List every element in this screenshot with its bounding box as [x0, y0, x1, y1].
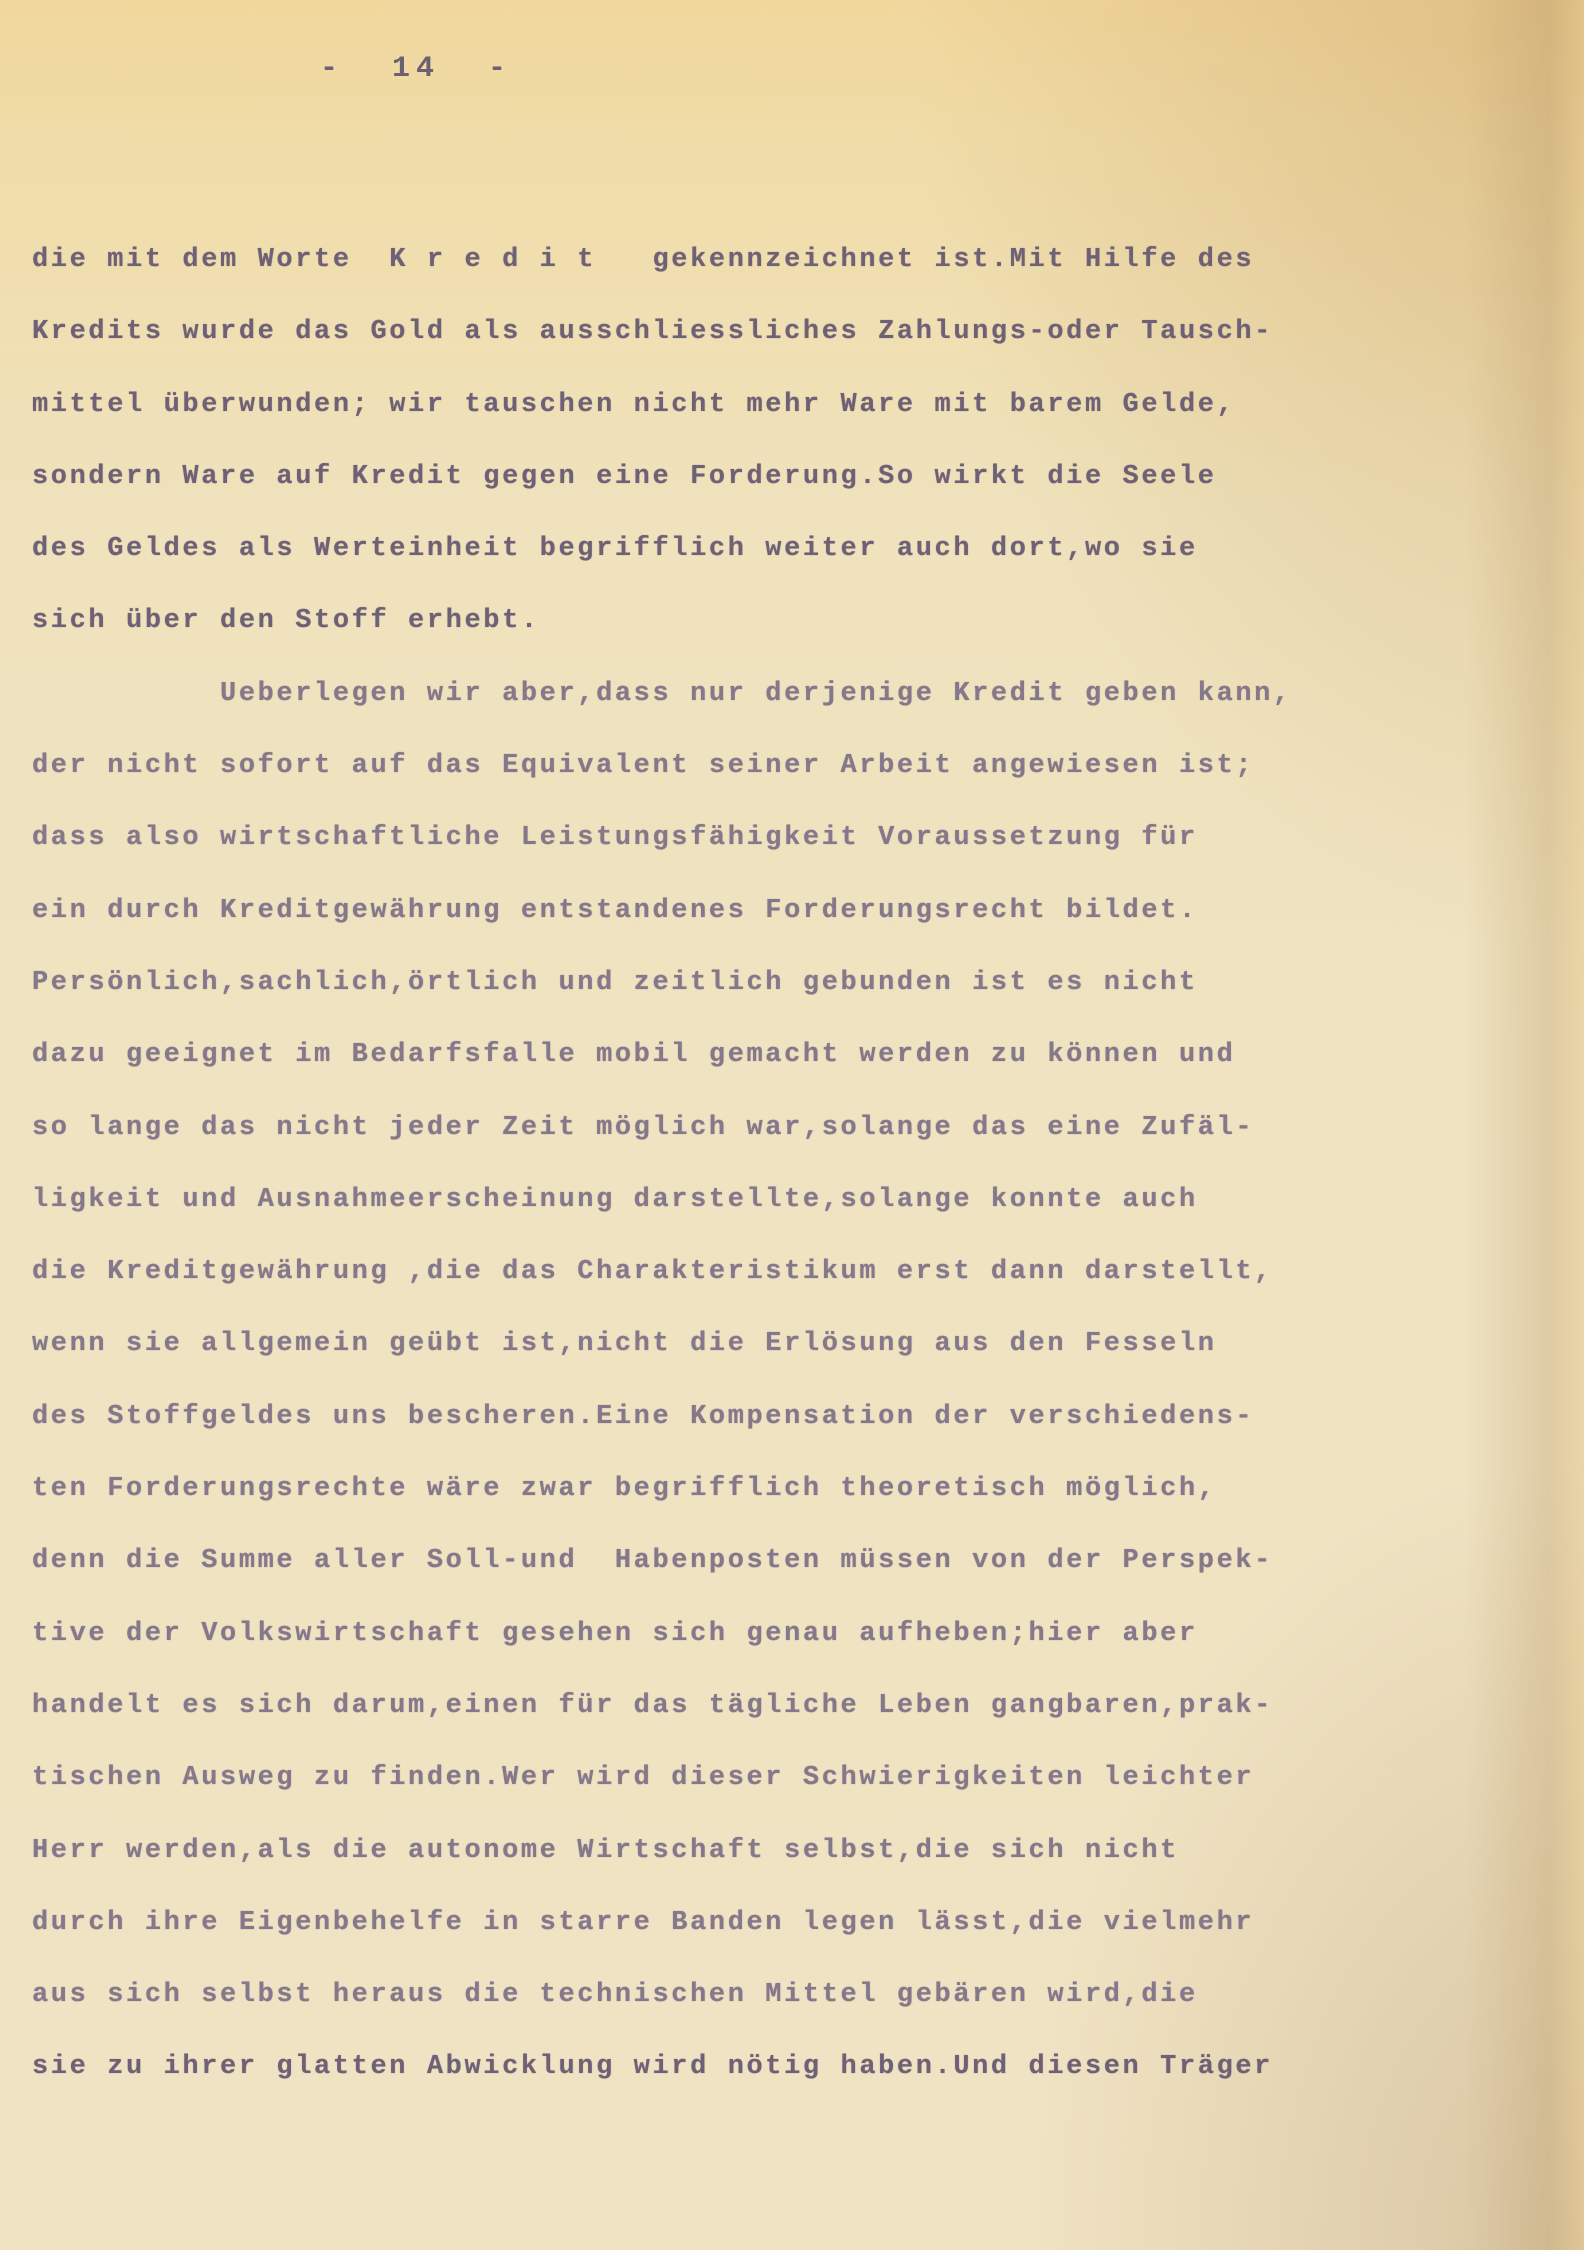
text-line: die Kreditgewährung ,die das Charakteris…	[32, 1236, 1532, 1308]
text-line: wenn sie allgemein geübt ist,nicht die E…	[32, 1308, 1532, 1380]
text-line: sich über den Stoff erhebt.	[32, 585, 1532, 657]
paragraph-start-line: Ueberlegen wir aber,dass nur derjenige K…	[32, 658, 1532, 730]
text-line: die mit dem Worte K r e d i t gekennzeic…	[32, 224, 1532, 296]
text-line: tive der Volkswirtschaft gesehen sich ge…	[32, 1598, 1532, 1670]
text-line: tischen Ausweg zu finden.Wer wird dieser…	[32, 1742, 1532, 1814]
page-number: - 14 -	[320, 52, 512, 86]
text-line: ein durch Kreditgewährung entstandenes F…	[32, 875, 1532, 947]
text-line: Herr werden,als die autonome Wirtschaft …	[32, 1815, 1532, 1887]
text-line: aus sich selbst heraus die technischen M…	[32, 1959, 1532, 2031]
text-line: Kredits wurde das Gold als ausschliessli…	[32, 296, 1532, 368]
text-line: der nicht sofort auf das Equivalent sein…	[32, 730, 1532, 802]
text-line: durch ihre Eigenbehelfe in starre Banden…	[32, 1887, 1532, 1959]
text-line: des Stoffgeldes uns bescheren.Eine Kompe…	[32, 1381, 1532, 1453]
text-line: dass also wirtschaftliche Leistungsfähig…	[32, 802, 1532, 874]
text-line: so lange das nicht jeder Zeit möglich wa…	[32, 1092, 1532, 1164]
text-line: ligkeit und Ausnahmeerscheinung darstell…	[32, 1164, 1532, 1236]
text-line: dazu geeignet im Bedarfsfalle mobil gema…	[32, 1019, 1532, 1091]
text-line: sondern Ware auf Kredit gegen eine Forde…	[32, 441, 1532, 513]
text-line: sie zu ihrer glatten Abwicklung wird nöt…	[32, 2031, 1532, 2103]
text-line: denn die Summe aller Soll-und Habenposte…	[32, 1525, 1532, 1597]
text-line: ten Forderungsrechte wäre zwar begriffli…	[32, 1453, 1532, 1525]
body-text: die mit dem Worte K r e d i t gekennzeic…	[32, 224, 1532, 2104]
text-line: des Geldes als Werteinheit begrifflich w…	[32, 513, 1532, 585]
text-line: mittel überwunden; wir tauschen nicht me…	[32, 369, 1532, 441]
text-line: Persönlich,sachlich,örtlich und zeitlich…	[32, 947, 1532, 1019]
typewritten-page: - 14 - die mit dem Worte K r e d i t gek…	[0, 0, 1584, 2250]
text-line: handelt es sich darum,einen für das tägl…	[32, 1670, 1532, 1742]
